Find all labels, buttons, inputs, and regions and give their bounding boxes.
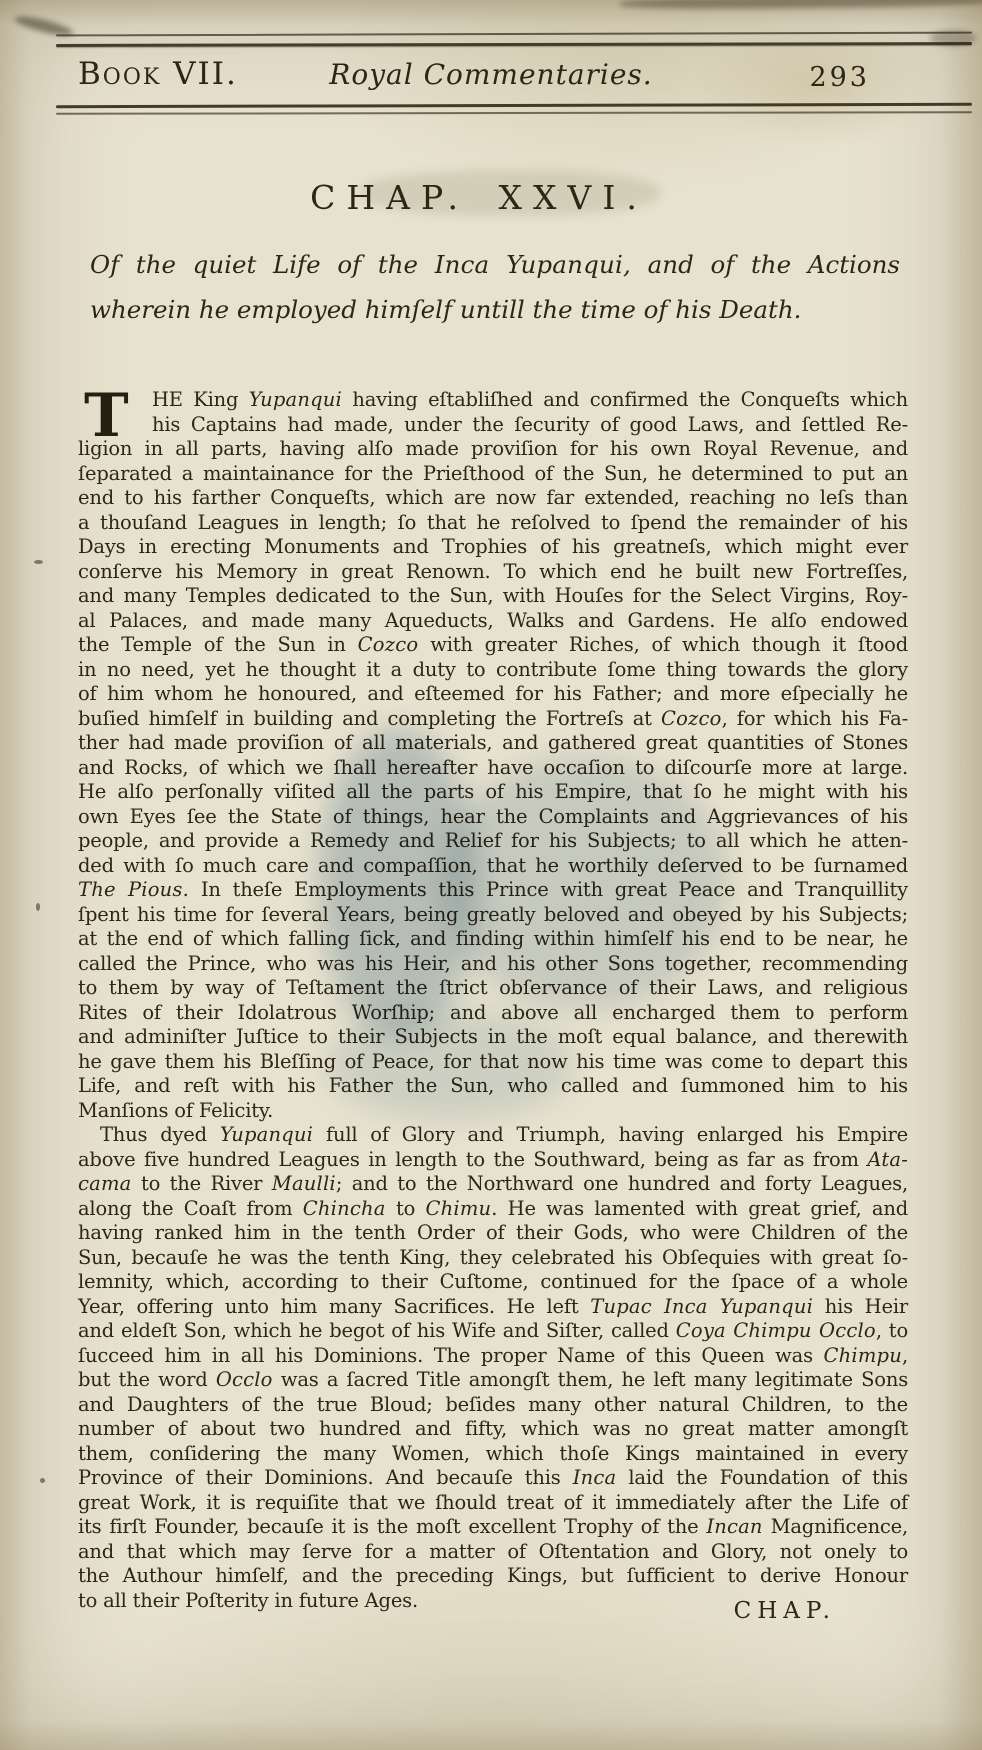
text-line: ſeparated a maintainance for the Prieſth… xyxy=(78,462,908,487)
text-line: people, and provide a Remedy and Relief … xyxy=(78,829,908,854)
text-line: Thus dyed Yupanqui full of Glory and Tri… xyxy=(78,1123,908,1148)
book-page: Book VII. Royal Commentaries. 293 CHAP. … xyxy=(0,0,982,1750)
text-line: Of the quiet Life of the Inca Yupanqui, … xyxy=(90,242,900,287)
text-line: above five hundred Leagues in length to … xyxy=(78,1148,908,1173)
page-number: 293 xyxy=(809,62,870,93)
top-rule-thick xyxy=(56,42,972,47)
text-line: a thouſand Leagues in length; ſo that he… xyxy=(78,511,908,536)
text-line: along the Coaſt from Chincha to Chimu. H… xyxy=(78,1197,908,1222)
text-line: and Daughters of the true Bloud; beſides… xyxy=(78,1393,908,1418)
text-line: at the end of which falling ſick, and fi… xyxy=(78,927,908,952)
drop-cap-initial: T xyxy=(84,388,128,444)
text-line: buſied himſelf in building and completin… xyxy=(78,707,908,732)
text-line: Year, offering unto him many Sacrifices.… xyxy=(78,1295,908,1320)
text-line: in no need, yet he thought it a duty to … xyxy=(78,658,908,683)
text-line: Rites of their Idolatrous Worſhip; and a… xyxy=(78,1001,908,1026)
text-line: to them by way of Teſtament the ſtrict o… xyxy=(78,976,908,1001)
text-line: end to his farther Conqueſts, which are … xyxy=(78,486,908,511)
text-line: lemnity, which, according to their Cuſto… xyxy=(78,1270,908,1295)
header-rule-thin xyxy=(56,111,972,115)
text-line: cama to the River Maulli; and to the Nor… xyxy=(78,1172,908,1197)
text-line: the Temple of the Sun in Cozco with grea… xyxy=(78,633,908,658)
text-line: his Captains had made, under the ſecurit… xyxy=(78,413,908,438)
text-line: called the Prince, who was his Heir, and… xyxy=(78,952,908,977)
text-line: ſucceed him in all his Dominions. The pr… xyxy=(78,1344,908,1369)
chapter-heading: CHAP. XXVI. xyxy=(0,178,982,217)
text-line: great Work, it is requiſite that we ſhou… xyxy=(78,1491,908,1516)
chapter-subtitle: Of the quiet Life of the Inca Yupanqui, … xyxy=(90,242,900,332)
catchword: CHAP. xyxy=(78,1598,908,1624)
edge-smudge xyxy=(620,0,982,10)
text-line: number of about two hundred and fifty, w… xyxy=(78,1417,908,1442)
text-line: ſpent his time for ſeveral Years, being … xyxy=(78,903,908,928)
ink-speck xyxy=(40,1478,45,1483)
text-line: wherein he employed himſelf untill the t… xyxy=(90,287,900,332)
paragraph-1: T HE King Yupanqui having eſtabliſhed an… xyxy=(78,388,908,1123)
text-line: but the word Occlo was a ſacred Title am… xyxy=(78,1368,908,1393)
text-line: HE King Yupanqui having eſtabliſhed and … xyxy=(78,388,908,413)
text-line: Life, and reſt with his Father the Sun, … xyxy=(78,1074,908,1099)
text-line: ligion in all parts, having alſo made pr… xyxy=(78,437,908,462)
text-line: Province of their Dominions. And becauſe… xyxy=(78,1466,908,1491)
text-line: He alſo perſonally viſited all the parts… xyxy=(78,780,908,805)
header-rule-thick xyxy=(56,103,972,108)
ink-speck xyxy=(34,560,43,564)
text-line: Manſions of Felicity. xyxy=(78,1099,908,1124)
text-line: and eldeſt Son, which he begot of his Wi… xyxy=(78,1319,908,1344)
paragraph-2: Thus dyed Yupanqui full of Glory and Tri… xyxy=(78,1123,908,1613)
text-line: own Eyes ſee the State of things, hear t… xyxy=(78,805,908,830)
text-line: and that which may ſerve for a matter of… xyxy=(78,1540,908,1565)
text-line: having ranked him in the tenth Order of … xyxy=(78,1221,908,1246)
body-text: T HE King Yupanqui having eſtabliſhed an… xyxy=(78,388,908,1613)
text-line: of him whom he honoured, and eſteemed fo… xyxy=(78,682,908,707)
catchword-text: CHAP. xyxy=(734,1598,836,1624)
text-line: and many Temples dedicated to the Sun, w… xyxy=(78,584,908,609)
text-line: its firſt Founder, becauſe it is the moſ… xyxy=(78,1515,908,1540)
text-line: them, conſidering the many Women, which … xyxy=(78,1442,908,1467)
text-line: ther had made proviſion of all materials… xyxy=(78,731,908,756)
text-line: he gave them his Bleſſing of Peace, for … xyxy=(78,1050,908,1075)
text-line: Sun, becauſe he was the tenth King, they… xyxy=(78,1246,908,1271)
text-line: and adminiſter Juſtice to their Subjects… xyxy=(78,1025,908,1050)
text-line: conſerve his Memory in great Renown. To … xyxy=(78,560,908,585)
top-rule-thin xyxy=(56,32,972,37)
text-line: Days in erecting Monuments and Trophies … xyxy=(78,535,908,560)
text-line: ded with ſo much care and compaſſion, th… xyxy=(78,854,908,879)
text-line: the Authour himſelf, and the preceding K… xyxy=(78,1564,908,1589)
text-line: al Palaces, and made many Aqueducts, Wal… xyxy=(78,609,908,634)
ink-speck xyxy=(36,903,40,911)
text-line: The Pious. In theſe Employments this Pri… xyxy=(78,878,908,903)
text-line: and Rocks, of which we ſhall hereafter h… xyxy=(78,756,908,781)
